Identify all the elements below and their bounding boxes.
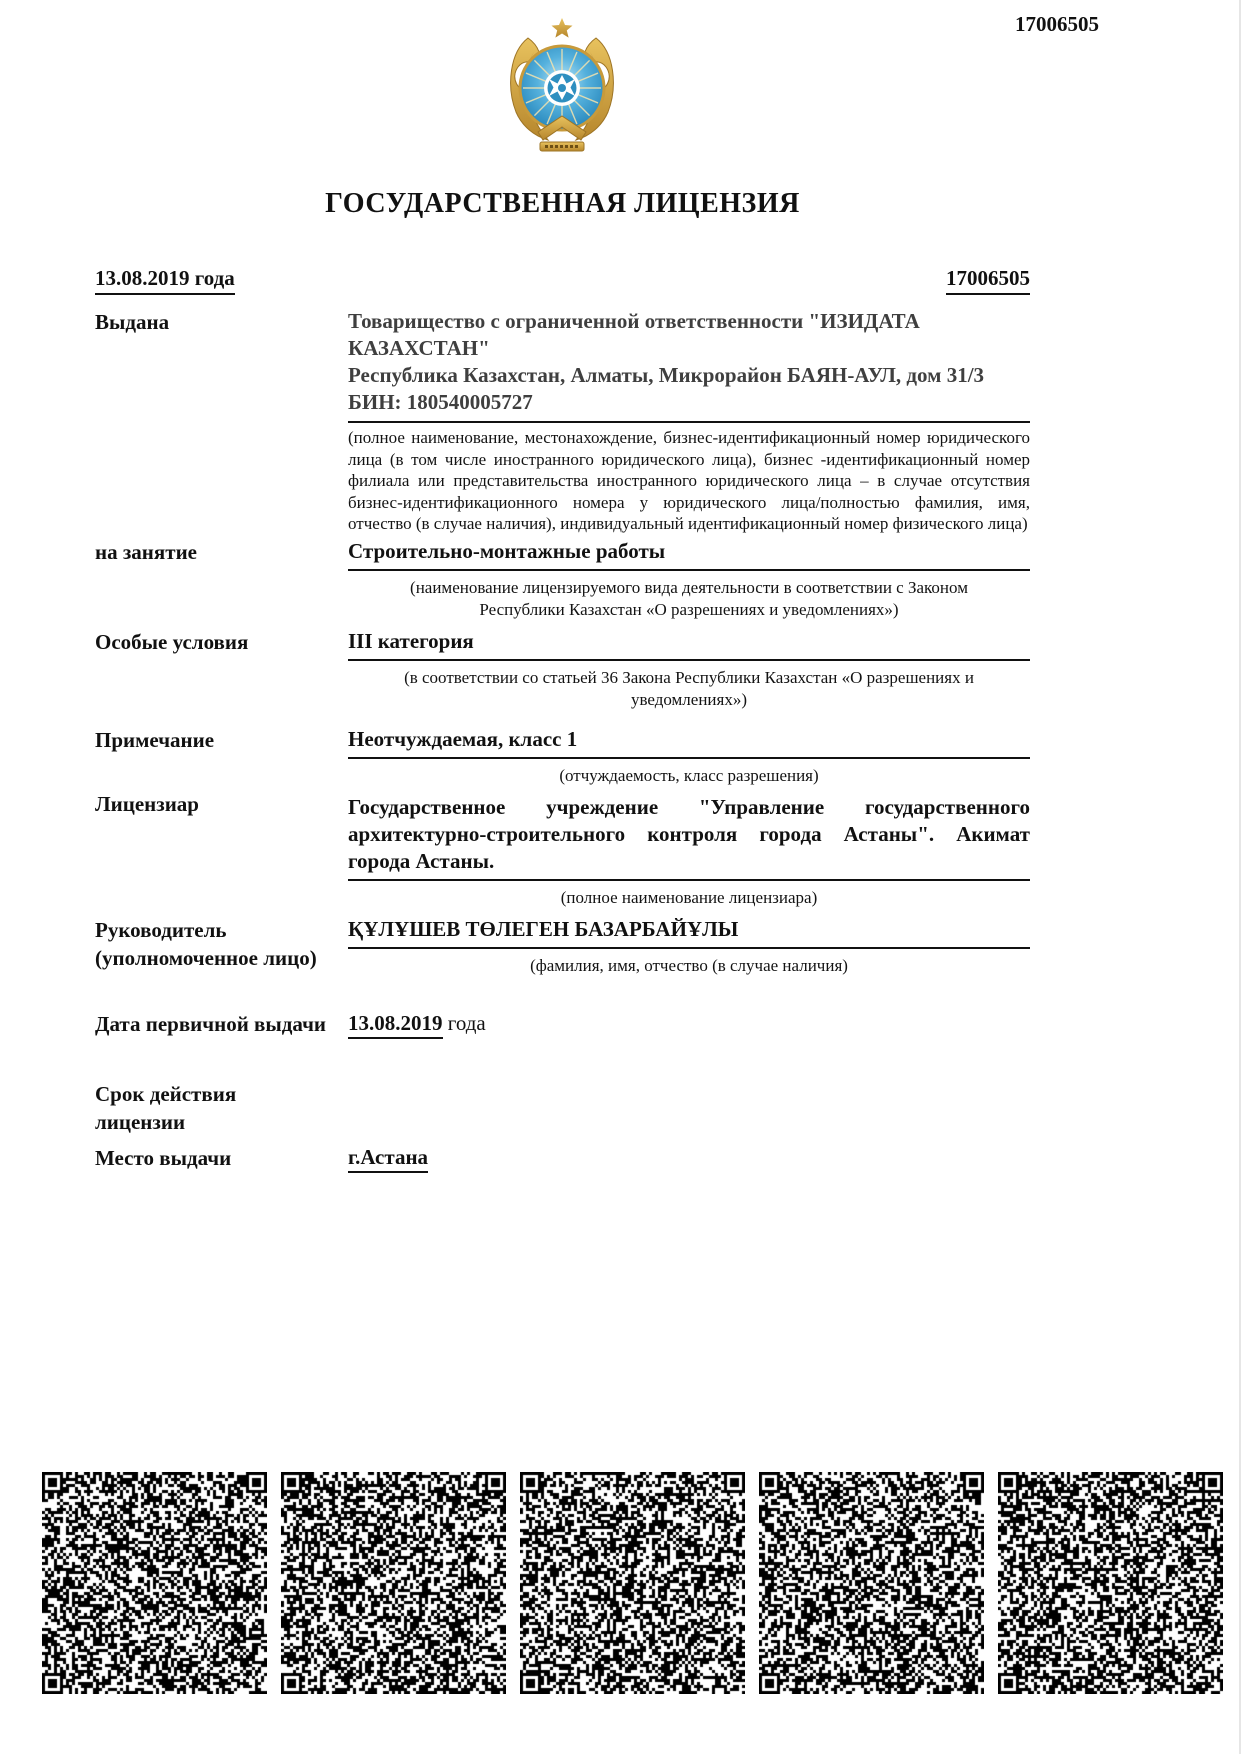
special-conditions-label: Особые условия: [95, 628, 348, 710]
activity-value: Строительно-монтажные работы: [348, 538, 1030, 571]
barcode-4: [759, 1472, 984, 1694]
field-head: Руководитель (уполномоченное лицо) ҚҰЛҰШ…: [95, 916, 1030, 977]
issue-place-label: Место выдачи: [95, 1144, 348, 1172]
issued-to-label: Выдана: [95, 308, 348, 535]
coat-of-arms-icon: [498, 16, 626, 154]
field-activity: на занятие Строительно-монтажные работы …: [95, 538, 1030, 620]
field-note: Примечание Неотчуждаемая, класс 1 (отчуж…: [95, 726, 1030, 787]
note-label: Примечание: [95, 726, 348, 787]
barcode-strip: [42, 1472, 1223, 1694]
first-issue-date-value: 13.08.2019: [348, 1011, 443, 1039]
first-issue-label: Дата первичной выдачи: [95, 1010, 348, 1038]
issue-place-value: г.Астана: [348, 1145, 428, 1173]
validity-label-line1: Срок действия: [95, 1080, 348, 1108]
field-issued-to: Выдана Товарищество с ограниченной ответ…: [95, 308, 1030, 535]
licensor-label: Лицензиар: [95, 790, 348, 909]
head-label-line2: (уполномоченное лицо): [95, 944, 348, 972]
issue-date: 13.08.2019 года: [95, 266, 235, 295]
company-bin: БИН: 180540005727: [348, 389, 1030, 416]
license-number: 17006505: [946, 266, 1030, 295]
barcode-3: [520, 1472, 745, 1694]
head-value: ҚҰЛҰШЕВ ТӨЛЕГЕН БАЗАРБАЙҰЛЫ: [348, 916, 1030, 949]
field-licensor: Лицензиар Государственное учреждение "Уп…: [95, 790, 1030, 909]
document-number-top: 17006505: [1015, 12, 1099, 37]
date-number-row: 13.08.2019 года 17006505: [95, 266, 1030, 295]
issued-to-caption: (полное наименование, местонахождение, б…: [348, 427, 1030, 535]
barcode-1: [42, 1472, 267, 1694]
head-caption: (фамилия, имя, отчество (в случае наличи…: [348, 955, 1030, 977]
document-title: ГОСУДАРСТВЕННАЯ ЛИЦЕНЗИЯ: [95, 188, 1030, 220]
field-first-issue-date: Дата первичной выдачи 13.08.2019 года: [95, 1010, 1030, 1038]
field-issue-place: Место выдачи г.Астана: [95, 1144, 1030, 1172]
company-address: Республика Казахстан, Алматы, Микрорайон…: [348, 362, 1030, 389]
activity-label: на занятие: [95, 538, 348, 620]
first-issue-date-suffix: года: [443, 1011, 486, 1035]
licensor-caption: (полное наименование лицензиара): [348, 887, 1030, 909]
activity-caption: (наименование лицензируемого вида деятел…: [389, 577, 989, 620]
validity-label-line2: лицензии: [95, 1108, 348, 1136]
special-conditions-caption: (в соответствии со статьей 36 Закона Рес…: [389, 667, 989, 710]
license-document: 17006505: [0, 0, 1241, 1754]
kazakhstan-emblem: [498, 16, 626, 154]
licensor-value: Государственное учреждение "Управление г…: [348, 794, 1030, 881]
field-validity-period: Срок действия лицензии: [95, 1080, 1030, 1136]
special-conditions-value: III категория: [348, 628, 1030, 661]
note-value: Неотчуждаемая, класс 1: [348, 726, 1030, 759]
divider-line: [348, 421, 1030, 423]
barcode-5: [998, 1472, 1223, 1694]
field-special-conditions: Особые условия III категория (в соответс…: [95, 628, 1030, 710]
note-caption: (отчуждаемость, класс разрешения): [348, 765, 1030, 787]
head-label-line1: Руководитель: [95, 916, 348, 944]
company-name: Товарищество с ограниченной ответственно…: [348, 308, 1030, 362]
barcode-2: [281, 1472, 506, 1694]
